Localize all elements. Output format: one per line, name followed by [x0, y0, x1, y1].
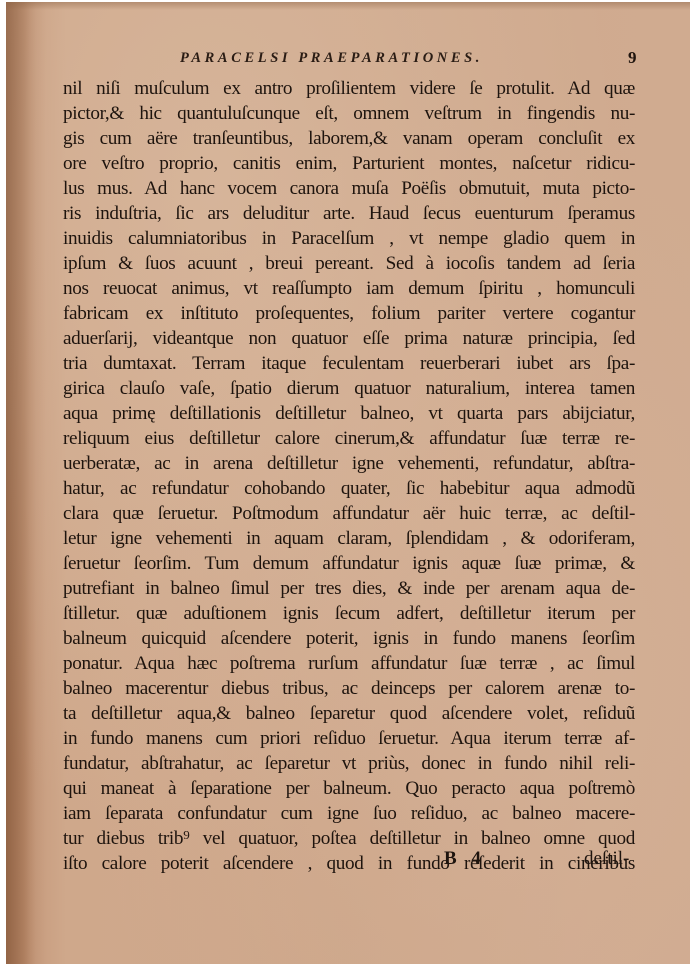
- text-line: fabricam ex inſtituto proſequentes, foli…: [63, 301, 635, 326]
- text-line: aduerſarij, videantque non quatuor eſſe …: [63, 326, 635, 351]
- top-edge-shadow: [6, 2, 690, 10]
- text-line: pictor,& hic quantuluſcunque eſt, omnem …: [63, 101, 635, 126]
- text-line: uerberatæ, ac in arena deſtilletur igne …: [63, 451, 635, 476]
- text-line: nos reuocat animus, vt reaſſumpto iam de…: [63, 276, 635, 301]
- body-text: nil niſi muſculum ex antro proſilientem …: [63, 76, 635, 876]
- signature-mark: B 4: [444, 848, 481, 870]
- gutter-shadow: [6, 2, 46, 964]
- text-line: aqua primę deſtillationis deſtilletur ba…: [63, 401, 635, 426]
- text-line: ſtilletur. quæ aduſtionem ignis ſecum ad…: [63, 601, 635, 626]
- text-line: inuidis calumniatoribus in Paracelſum , …: [63, 226, 635, 251]
- text-line: balneum quicquid aſcendere poterit, igni…: [63, 626, 635, 651]
- book-page: PARACELSI PRAEPARATIONES. 9 nil niſi muſ…: [6, 2, 690, 964]
- text-line: ponatur. Aqua hæc poſtrema rurſum affund…: [63, 651, 635, 676]
- text-line: iſto calore poterit aſcendere , quod in …: [63, 851, 635, 876]
- text-line: ore veſtro proprio, canitis enim, Partur…: [63, 151, 635, 176]
- text-line: hatur, ac refundatur cohobando quater, ſ…: [63, 476, 635, 501]
- text-line: iam ſeparata confundatur cum igne ſuo re…: [63, 801, 635, 826]
- text-line: ſeruetur ſeorſim. Tum demum affundatur i…: [63, 551, 635, 576]
- text-line: fundatur, abſtrahatur, ac ſeparetur vt p…: [63, 751, 635, 776]
- text-line: ta deſtilletur aqua,& balneo ſeparetur q…: [63, 701, 635, 726]
- page-number: 9: [628, 48, 637, 68]
- text-line: lus mus. Ad hanc vocem canora muſa Poëſi…: [63, 176, 635, 201]
- text-line: girica clauſo vaſe, ſpatio dierum quatuo…: [63, 376, 635, 401]
- text-line: gis cum aëre tranſeuntibus, laborem,& va…: [63, 126, 635, 151]
- text-line: ris induſtria, ſic ars deluditur arte. H…: [63, 201, 635, 226]
- text-line: ipſum & ſuos acuunt , breui pereant. Sed…: [63, 251, 635, 276]
- text-line: reliquum eius deſtilletur calore cinerum…: [63, 426, 635, 451]
- text-line: in fundo manens cum priori reſiduo ſerue…: [63, 726, 635, 751]
- text-line: clara quæ ſeruetur. Poſtmodum affundatur…: [63, 501, 635, 526]
- text-line: balneo macerentur diebus tribus, ac dein…: [63, 676, 635, 701]
- text-line: tria dumtaxat. Terram itaque feculentam …: [63, 351, 635, 376]
- running-head: PARACELSI PRAEPARATIONES.: [180, 50, 483, 67]
- text-line: letur igne vehementi in aquam claram, ſp…: [63, 526, 635, 551]
- catchword: deſtil-: [584, 848, 629, 870]
- text-line: tur diebus trib⁹ vel quatuor, poſtea deſ…: [63, 826, 635, 851]
- text-line: qui maneat à ſeparatione per balneum. Qu…: [63, 776, 635, 801]
- text-line: putrefiant in balneo ſimul per tres dies…: [63, 576, 635, 601]
- text-line: nil niſi muſculum ex antro proſilientem …: [63, 76, 635, 101]
